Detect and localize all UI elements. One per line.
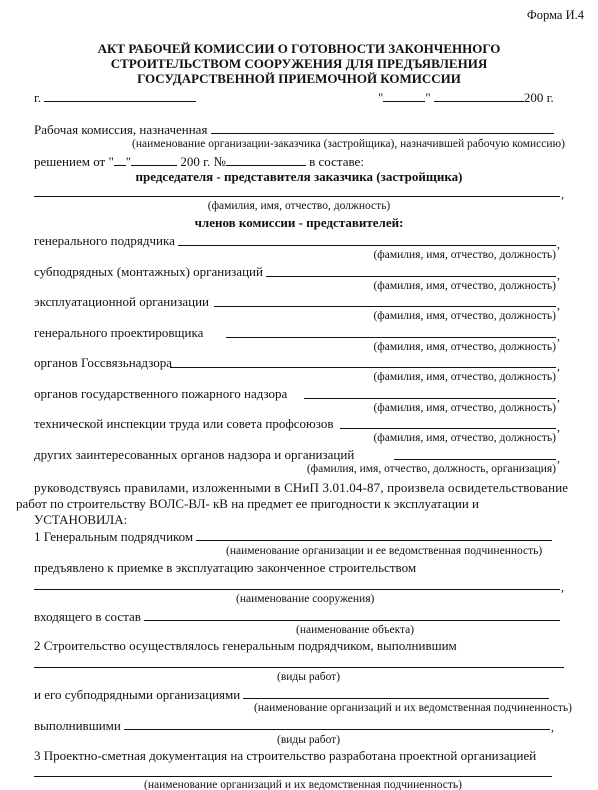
member-row: генерального подрядчика: [34, 233, 175, 248]
part-of-label: входящего в состав: [34, 609, 141, 624]
member-caption: (фамилия, имя, отчество, должность): [373, 340, 556, 355]
comma: ,: [557, 452, 560, 464]
member-row: технической инспекции труда или совета п…: [34, 416, 333, 431]
works-caption: (виды работ): [277, 670, 340, 685]
member-caption: (фамилия, имя, отчество, должность): [373, 309, 556, 324]
structure-caption: (наименование сооружения): [236, 592, 374, 607]
decision-year: 200 г. №: [180, 154, 226, 169]
member-name-field[interactable]: [266, 276, 556, 277]
subcontractors-row: и его субподрядными организациями: [34, 686, 549, 702]
member-row: органов Госсвязьнадзора: [34, 355, 172, 370]
member-caption: (фамилия, имя, отчество, должность): [373, 401, 556, 416]
member-caption: (фамилия, имя, отчество, должность): [373, 279, 556, 294]
member-row: эксплуатационной организации: [34, 294, 209, 309]
member-label: субподрядных (монтажных) организаций: [34, 264, 263, 279]
design-org-field[interactable]: [34, 776, 552, 777]
member-name-field[interactable]: [214, 306, 556, 307]
member-row: органов государственного пожарного надзо…: [34, 386, 287, 401]
member-label: органов Госсвязьнадзора: [34, 355, 172, 370]
subcontractors-label: и его субподрядными организациями: [34, 687, 240, 702]
body-para1-line2: работ по строительству ВОЛС-ВЛ- кВ на пр…: [16, 496, 479, 511]
item1-row: 1 Генеральным подрядчиком: [34, 528, 552, 544]
member-label: органов государственного пожарного надзо…: [34, 386, 287, 401]
member-name-field[interactable]: [170, 367, 556, 368]
member-row: субподрядных (монтажных) организаций: [34, 264, 263, 279]
member-row: других заинтересованных органов надзора …: [34, 447, 354, 462]
date-day-field[interactable]: [383, 89, 425, 102]
design-caption: (наименование организаций и их ведомстве…: [144, 778, 462, 790]
member-name-field[interactable]: [340, 428, 556, 429]
title-line-3: ГОСУДАРСТВЕННОЙ ПРИЕМОЧНОЙ КОМИССИИ: [0, 71, 598, 86]
comma: ,: [557, 421, 560, 433]
comma: ,: [557, 269, 560, 281]
member-label: других заинтересованных органов надзора …: [34, 447, 354, 462]
presented-label: предъявлено к приемке в эксплуатацию зак…: [34, 560, 416, 575]
performed-label: выполнившими: [34, 718, 121, 733]
chairman-field[interactable]: [34, 196, 560, 197]
city-line: г.: [34, 89, 196, 105]
date-quote-close: ": [425, 90, 430, 105]
decision-prefix: решением от ": [34, 154, 114, 169]
date-line: "" 200 г.: [378, 89, 554, 105]
title-line-2: СТРОИТЕЛЬСТВОМ СООРУЖЕНИЯ ДЛЯ ПРЕДЪЯВЛЕН…: [0, 56, 598, 71]
appointed-row: Рабочая комиссия, назначенная: [34, 121, 554, 137]
decision-number-field[interactable]: [226, 153, 306, 166]
structure-field[interactable]: [34, 589, 560, 590]
body-para1-line1: руководствуясь правилами, изложенными в …: [34, 480, 568, 495]
member-caption: (фамилия, имя, отчество, должность, орга…: [307, 462, 556, 477]
comma: ,: [557, 330, 560, 342]
member-label: генерального проектировщика: [34, 325, 203, 340]
member-name-field[interactable]: [178, 245, 556, 246]
member-name-field[interactable]: [226, 337, 556, 338]
member-label: эксплуатационной организации: [34, 294, 209, 309]
subcontractors-caption: (наименование организаций и их ведомстве…: [254, 701, 572, 716]
member-label: генерального подрядчика: [34, 233, 175, 248]
established-label: УСТАНОВИЛА:: [34, 512, 127, 527]
year-suffix: 200 г.: [524, 90, 554, 105]
comma: ,: [557, 299, 560, 311]
member-name-field[interactable]: [304, 398, 556, 399]
appointed-caption: (наименование организации-заказчика (зас…: [132, 137, 565, 152]
form-number: Форма И.4: [527, 8, 584, 23]
subcontractors-field[interactable]: [243, 686, 549, 699]
members-heading: членов комиссии - представителей:: [0, 215, 598, 230]
comma: ,: [557, 238, 560, 250]
item1-caption: (наименование организации и ее ведомстве…: [226, 544, 542, 559]
item2-label: 2 Строительство осуществлялось генеральн…: [34, 638, 457, 653]
appointed-label: Рабочая комиссия, назначенная: [34, 122, 207, 137]
decision-month-field[interactable]: [131, 153, 177, 166]
member-caption: (фамилия, имя, отчество, должность): [373, 431, 556, 446]
member-caption: (фамилия, имя, отчество, должность): [373, 370, 556, 385]
works-caption-2: (виды работ): [277, 733, 340, 748]
city-prefix: г.: [34, 90, 41, 105]
comma: ,: [557, 360, 560, 372]
comma: ,: [551, 721, 554, 733]
performed-row: выполнившими: [34, 717, 550, 733]
member-label: технической инспекции труда или совета п…: [34, 416, 333, 431]
decision-row: решением от "" 200 г. № в составе:: [34, 153, 364, 169]
general-contractor-field[interactable]: [196, 528, 552, 541]
city-field[interactable]: [44, 89, 196, 102]
item3-label: 3 Проектно-сметная документация на строи…: [34, 748, 536, 763]
member-row: генерального проектировщика: [34, 325, 203, 340]
title-line-1: АКТ РАБОЧЕЙ КОМИССИИ О ГОТОВНОСТИ ЗАКОНЧ…: [0, 41, 598, 56]
member-caption: (фамилия, имя, отчество, должность): [373, 248, 556, 263]
member-name-field[interactable]: [394, 459, 556, 460]
object-caption: (наименование объекта): [296, 623, 414, 638]
chairman-heading: председателя - представителя заказчика (…: [0, 169, 598, 184]
appointed-org-field[interactable]: [211, 121, 554, 134]
performed-works-field[interactable]: [124, 717, 550, 730]
works-field[interactable]: [34, 667, 564, 668]
comma: ,: [557, 391, 560, 403]
decision-suffix: в составе:: [309, 154, 364, 169]
decision-day-field[interactable]: [114, 153, 126, 166]
object-field[interactable]: [144, 608, 560, 621]
chairman-caption: (фамилия, имя, отчество, должность): [0, 199, 598, 214]
comma: ,: [561, 581, 564, 593]
date-month-field[interactable]: [434, 89, 524, 102]
item1-label: 1 Генеральным подрядчиком: [34, 529, 193, 544]
document-title: АКТ РАБОЧЕЙ КОМИССИИ О ГОТОВНОСТИ ЗАКОНЧ…: [0, 41, 598, 86]
part-of-row: входящего в состав: [34, 608, 560, 624]
